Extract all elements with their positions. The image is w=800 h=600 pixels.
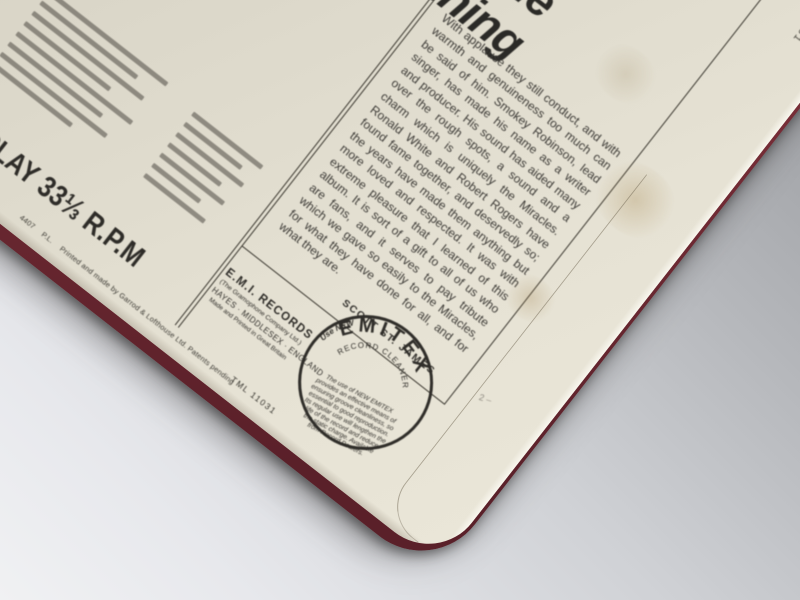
sleeve-printed-area: from the beginning xyxy=(0,0,800,566)
illegible-track-text-line xyxy=(39,0,138,79)
track-list-column xyxy=(138,112,263,238)
track-list-column xyxy=(0,0,168,165)
edge-print-pl: P.L. xyxy=(40,230,56,245)
side-catalog-number: TML 11031 xyxy=(790,0,800,45)
photo-scene: from the beginning xyxy=(0,0,800,600)
record-sleeve-back: from the beginning xyxy=(0,0,800,566)
